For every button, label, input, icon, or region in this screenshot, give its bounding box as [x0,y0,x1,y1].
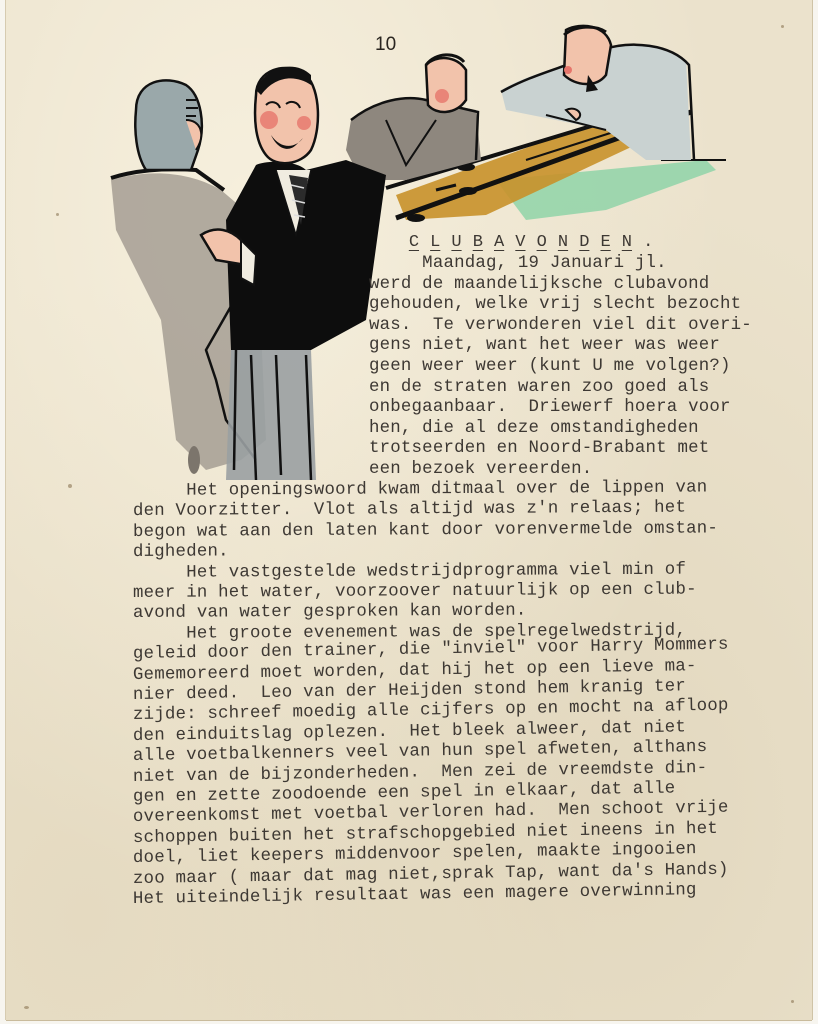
heading-letter: A [494,233,515,252]
text-line: gens niet, want het weer was weer [369,336,720,356]
heading-period: . [643,233,653,252]
heading-letter: E [600,233,621,252]
heading-letter: B [473,233,494,252]
text-line: geen weer weer (kunt U me volgen?) [369,357,731,377]
text-line: meer in het water, voorzoover natuurlijk… [133,581,697,604]
paper-speck [56,213,59,216]
heading-letter: U [451,233,472,252]
text-line: Het vastgestelde wedstrijdprogramma viel… [133,560,686,583]
text-line: trotseerden en Noord-Brabant met [369,439,709,459]
heading-letter: N [622,233,643,252]
heading-letter: L [430,233,451,252]
paper-speck [24,1006,29,1009]
text-line: werd de maandelijksche clubavond [369,275,709,295]
heading-letter: C [409,233,430,252]
paper-speck [68,484,72,488]
text-line: avond van water gesproken kan worden. [133,602,527,624]
text-line: hen, die al deze omstandigheden [369,419,699,439]
text-line: begon wat aan den laten kant door vorenv… [133,519,718,543]
heading-letter: N [558,233,579,252]
paper-speck [791,1000,794,1003]
text-line: onbegaanbaar. Driewerf hoera voor [369,398,731,418]
document-page: 10 [6,0,812,1020]
heading-letter: V [515,233,536,252]
text-line: een bezoek vereerden. [369,460,592,480]
paper-speck [781,25,784,28]
text-line: Maandag, 19 Januari jl. [369,254,667,274]
heading-letter: D [579,233,600,252]
text-line: den Voorzitter. Vlot als altijd was z'n … [133,499,686,522]
heading-letter: O [537,233,558,252]
text-line: en de straten waren zoo goed als [369,378,709,398]
text-line: was. Te verwonderen viel dit overi- [369,316,752,336]
text-line: gehouden, welke vrij slecht bezocht [369,295,741,315]
text-line: digheden. [133,543,229,564]
